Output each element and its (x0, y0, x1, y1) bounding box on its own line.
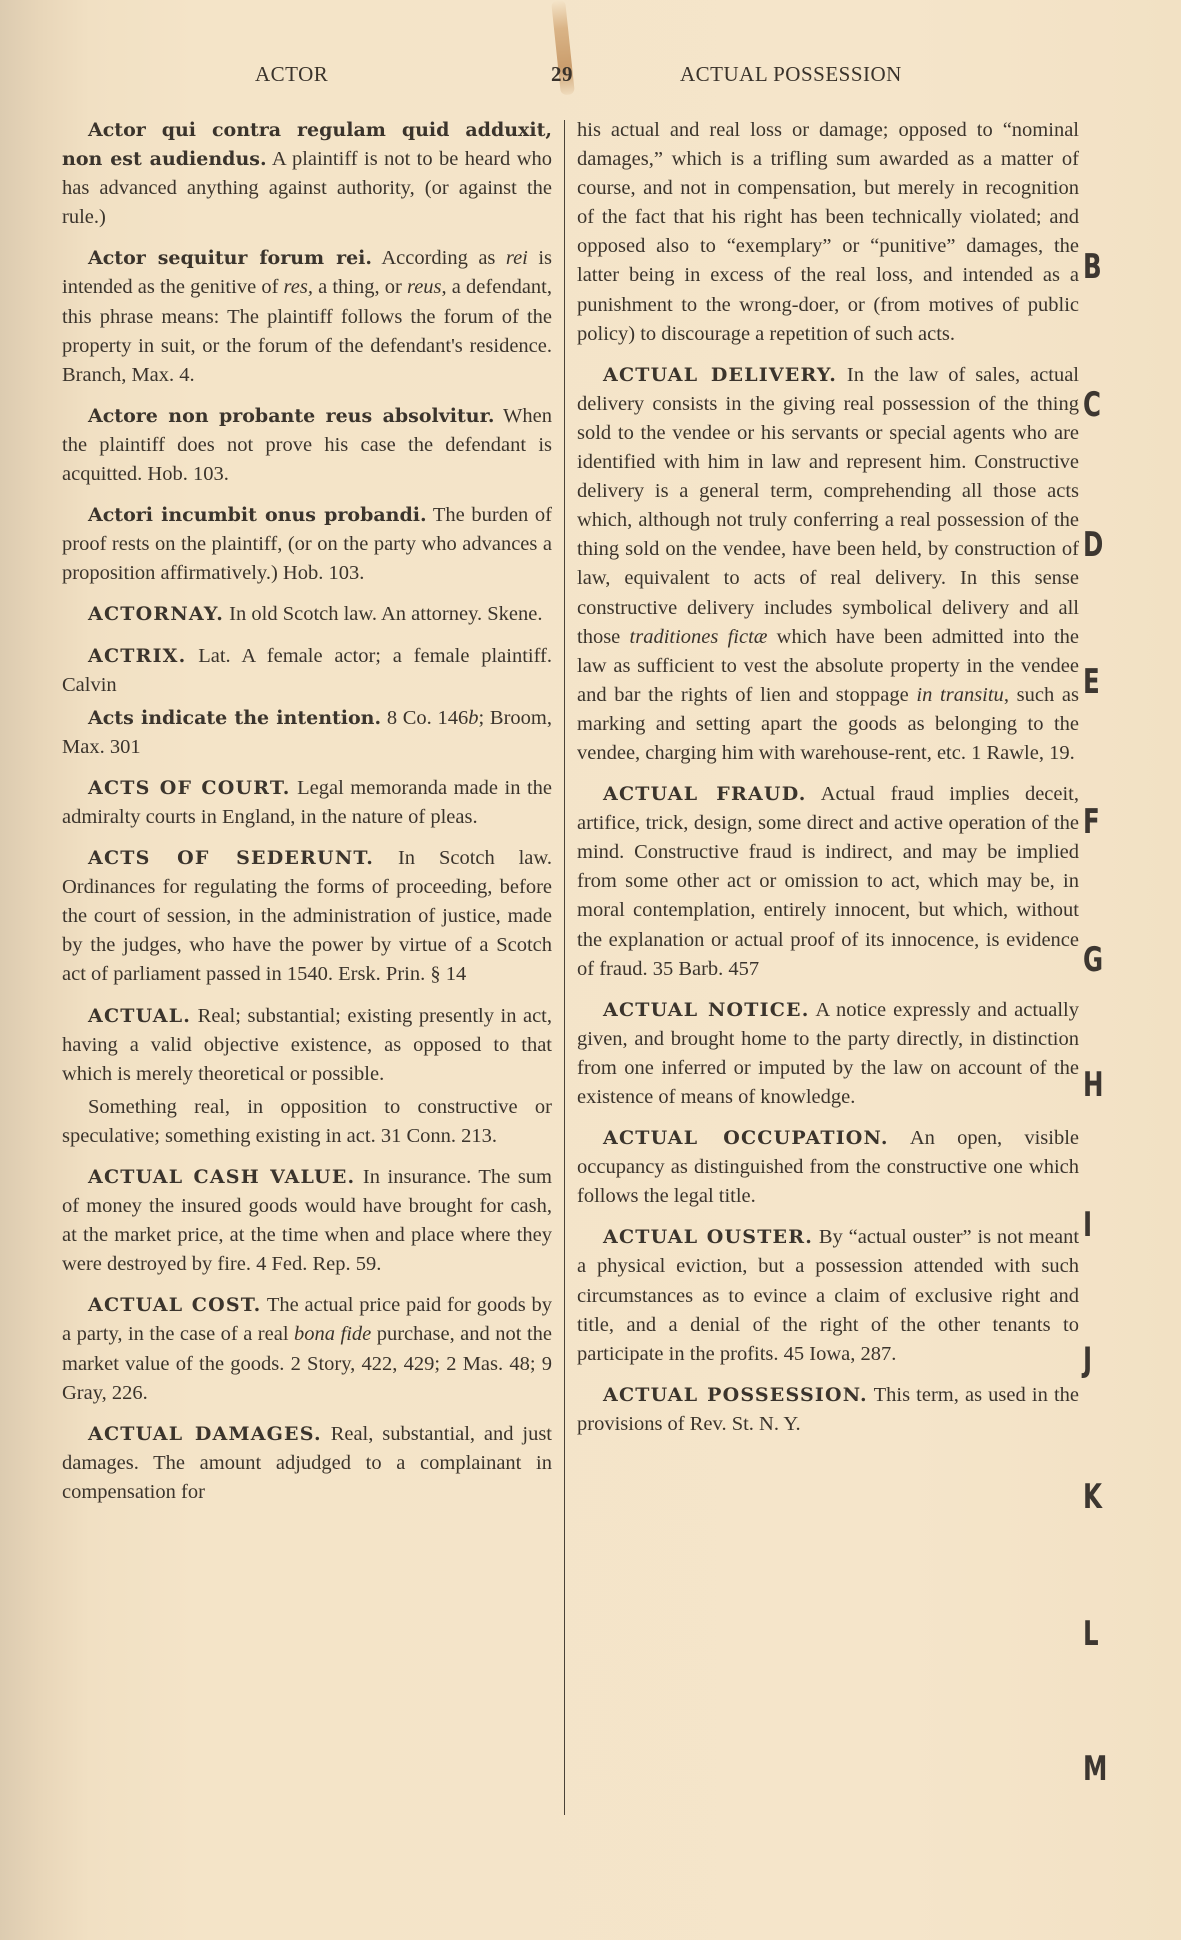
entry-actual-continuation: Something real, in opposition to constru… (62, 1093, 552, 1151)
entry-actual-possession: ACTUAL POSSESSION. This term, as used in… (577, 1381, 1079, 1439)
entry-term: Actore non probante reus absolvitur. (88, 405, 495, 427)
entry-term: ACTS OF COURT. (88, 777, 291, 799)
thumb-index-f[interactable]: F (1083, 805, 1102, 839)
entry-term: ACTS OF SEDERUNT. (88, 847, 374, 869)
entry-acts-indicate: Acts indicate the intention. 8 Co. 146b;… (62, 704, 552, 762)
entry-actual-occupation: ACTUAL OCCUPATION. An open, visible occu… (577, 1124, 1079, 1211)
running-head-right: ACTUAL POSSESSION (680, 62, 902, 87)
entry-definition: a thing, or (313, 276, 407, 298)
italic-term: rei (506, 247, 528, 269)
entry-acts-of-sederunt: ACTS OF SEDERUNT. In Scotch law. Ordinan… (62, 844, 552, 989)
thumb-index-g[interactable]: G (1083, 943, 1102, 977)
entry-term: Actor sequitur forum rei. (88, 247, 372, 269)
entry-definition: In the law of sales, actual delivery con… (577, 364, 1079, 648)
entry-definition: his actual and real loss or damage; oppo… (577, 119, 1079, 345)
entry-term: ACTUAL FRAUD. (603, 783, 807, 805)
page-number: 29 (551, 62, 573, 87)
entry-term: Actori incumbit onus probandi. (88, 504, 427, 526)
entry-term: ACTRIX. (88, 645, 186, 667)
entry-actual-ouster: ACTUAL OUSTER. By “actual ouster” is not… (577, 1223, 1079, 1368)
entry-actrix: ACTRIX. Lat. A female actor; a female pl… (62, 642, 552, 700)
entry-definition: 8 Co. 146 (387, 707, 468, 729)
italic-term: traditiones fictæ (630, 626, 768, 648)
italic-term: in transitu (916, 684, 1003, 706)
entry-actual-damages: ACTUAL DAMAGES. Real, substantial, and j… (62, 1420, 552, 1507)
thumb-index-d[interactable]: D (1083, 528, 1102, 562)
italic-term: b (468, 707, 478, 729)
thumb-index-i[interactable]: I (1083, 1208, 1102, 1242)
entry-term: ACTUAL OCCUPATION. (603, 1127, 889, 1149)
entry-term: ACTUAL OUSTER. (603, 1226, 813, 1248)
entry-term: ACTUAL NOTICE. (603, 999, 810, 1021)
entry-acts-of-court: ACTS OF COURT. Legal memoranda made in t… (62, 774, 552, 832)
entry-actual: ACTUAL. Real; substantial; existing pres… (62, 1002, 552, 1089)
entry-term: ACTUAL DELIVERY. (603, 364, 837, 386)
entry-definition: According as (381, 247, 506, 269)
right-column: his actual and real loss or damage; oppo… (577, 116, 1079, 1451)
entry-actori-incumbit: Actori incumbit onus probandi. The burde… (62, 501, 552, 588)
entry-actor-sequitur: Actor sequitur forum rei. According as r… (62, 244, 552, 389)
thumb-index-c[interactable]: C (1083, 388, 1102, 422)
thumb-index-l[interactable]: L (1083, 1617, 1102, 1651)
thumb-index-j[interactable]: J (1083, 1343, 1102, 1377)
left-column: Actor qui contra regulam quid adduxit, n… (62, 116, 552, 1519)
entry-actual-notice: ACTUAL NOTICE. A notice expressly and ac… (577, 996, 1079, 1112)
column-divider (564, 120, 565, 1815)
entry-actual-fraud: ACTUAL FRAUD. Actual fraud implies decei… (577, 780, 1079, 984)
entry-actual-cost: ACTUAL COST. The actual price paid for g… (62, 1291, 552, 1407)
entry-definition: Something real, in opposition to constru… (62, 1096, 552, 1147)
entry-definition: Actual fraud implies deceit, artifice, t… (577, 783, 1079, 980)
entry-term: ACTUAL COST. (88, 1294, 261, 1316)
entry-actornay: ACTORNAY. In old Scotch law. An attorney… (62, 600, 552, 629)
thumb-index-k[interactable]: K (1083, 1480, 1102, 1514)
entry-term: ACTUAL. (88, 1005, 191, 1027)
entry-term: ACTUAL CASH VALUE. (88, 1166, 355, 1188)
italic-term: reus (407, 276, 442, 298)
entry-actor-qui-contra: Actor qui contra regulam quid adduxit, n… (62, 116, 552, 232)
entry-actual-damages-continued: his actual and real loss or damage; oppo… (577, 116, 1079, 349)
entry-term: ACTORNAY. (88, 603, 224, 625)
entry-actual-cash-value: ACTUAL CASH VALUE. In insurance. The sum… (62, 1163, 552, 1279)
thumb-index-h[interactable]: H (1083, 1068, 1102, 1102)
thumb-index-b[interactable]: B (1083, 250, 1102, 284)
running-head: ACTOR 29 ACTUAL POSSESSION (0, 58, 1181, 88)
entry-definition: In old Scotch law. An attorney. Skene. (229, 603, 542, 625)
entry-term: ACTUAL DAMAGES. (88, 1423, 322, 1445)
entry-term: ACTUAL POSSESSION. (603, 1384, 868, 1406)
thumb-index-e[interactable]: E (1083, 665, 1102, 699)
entry-term: Acts indicate the intention. (88, 707, 381, 729)
entry-actore-non-probante: Actore non probante reus absolvitur. Whe… (62, 402, 552, 489)
running-head-left: ACTOR (255, 62, 328, 87)
italic-term: res, (284, 276, 313, 298)
thumb-index-m[interactable]: M (1083, 1752, 1102, 1786)
entry-actual-delivery: ACTUAL DELIVERY. In the law of sales, ac… (577, 361, 1079, 768)
italic-term: bona fide (294, 1323, 371, 1345)
